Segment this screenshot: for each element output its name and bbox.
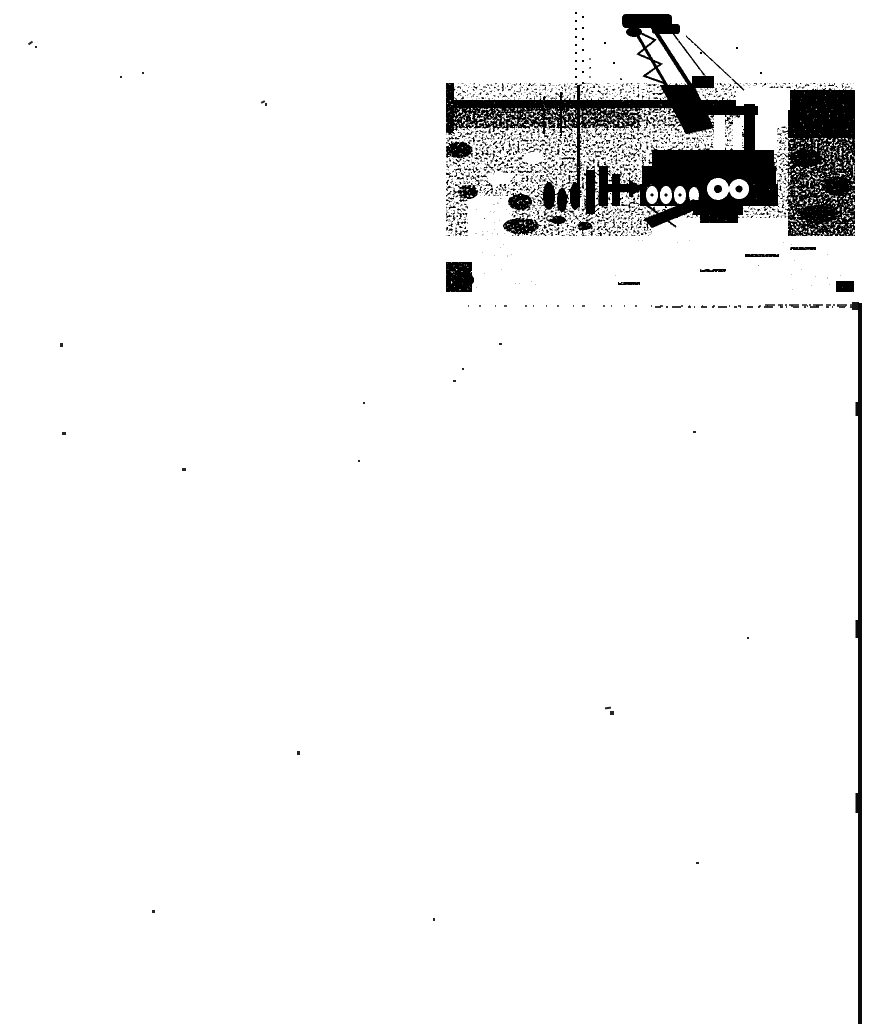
scan-speck	[462, 368, 464, 370]
scan-speck	[297, 751, 300, 755]
scan-speck	[358, 460, 360, 462]
scan-speck	[142, 72, 144, 74]
scan-speck	[152, 910, 155, 913]
scan-speck	[62, 432, 66, 435]
scan-speck	[363, 402, 365, 404]
scan-speck	[453, 380, 456, 382]
scan-speck	[60, 343, 63, 347]
scan-speck	[433, 918, 435, 921]
scan-speck	[605, 707, 611, 710]
scan-speck	[265, 103, 267, 106]
scanned-document-page	[0, 0, 870, 1024]
scan-speck-layer	[0, 0, 870, 1024]
scan-speck	[747, 637, 749, 639]
scan-speck	[499, 343, 502, 345]
scan-speck	[35, 46, 37, 48]
scan-speck	[120, 76, 122, 78]
scan-speck	[610, 711, 614, 715]
scan-speck	[28, 41, 33, 46]
scan-speck	[693, 431, 696, 433]
scan-speck	[182, 468, 186, 471]
scan-speck	[696, 862, 699, 864]
